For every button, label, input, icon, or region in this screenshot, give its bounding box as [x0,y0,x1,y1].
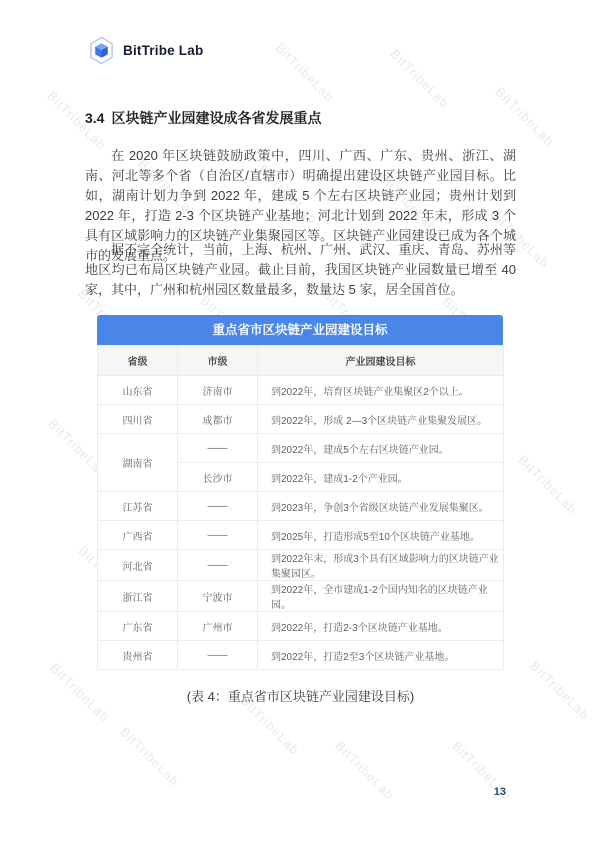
table-header-row: 省级 市级 产业园建设目标 [98,346,504,376]
cell-city: —— [178,641,258,670]
cell-city: 成都市 [178,405,258,434]
cell-province: 广东省 [98,612,178,641]
cell-city: 广州市 [178,612,258,641]
cell-goal: 到2023年，争创3个省级区块链产业发展集聚区。 [258,492,504,521]
column-header-province: 省级 [98,346,178,376]
table-row: 广西省 —— 到2025年，打造形成5至10个区块链产业基地。 [98,521,504,550]
table-row: 广东省 广州市 到2022年，打造2-3个区块链产业基地。 [98,612,504,641]
watermark-text: BitTribeLab [332,738,397,803]
document-page: BitTribeLab BitTribeLab BitTribeLab BitT… [0,0,600,848]
cell-province: 贵州省 [98,641,178,670]
cell-city: —— [178,550,258,581]
paragraph-park-statistics: 据不完全统计，当前，上海、杭州、广州、武汉、重庆、青岛、苏州等地区均已布局区块链… [85,240,516,300]
table-row: 浙江省 宁波市 到2022年，全市建成1-2个国内知名的区块链产业园。 [98,581,504,612]
cell-city: 长沙市 [178,463,258,492]
cell-city: —— [178,521,258,550]
column-header-goal: 产业园建设目标 [258,346,504,376]
cell-goal: 到2025年，打造形成5至10个区块链产业基地。 [258,521,504,550]
column-header-city: 市级 [178,346,258,376]
brand-logo: BitTribe Lab [88,36,203,65]
cube-hexagon-icon [88,36,115,65]
cell-goal: 到2022年，打造2至3个区块链产业基地。 [258,641,504,670]
watermark-text: BitTribeLab [117,724,182,789]
table-row: 山东省 济南市 到2022年，培育区块链产业集聚区2个以上。 [98,376,504,405]
table-row: 贵州省 —— 到2022年，打造2至3个区块链产业基地。 [98,641,504,670]
cell-goal: 到2022年，建成5个左右区块链产业园。 [258,434,504,463]
table-title: 重点省市区块链产业园建设目标 [97,315,503,345]
table-grid: 省级 市级 产业园建设目标 山东省 济南市 到2022年，培育区块链产业集聚区2… [97,345,504,670]
cell-goal: 到2022年，培育区块链产业集聚区2个以上。 [258,376,504,405]
page-number: 13 [494,786,506,798]
watermark-text: BitTribeLab [387,46,452,111]
cell-goal: 到2022年，打造2-3个区块链产业基地。 [258,612,504,641]
cell-city: —— [178,492,258,521]
cell-goal: 到2022年，形成 2—3个区块链产业集聚发展区。 [258,405,504,434]
cell-province: 湖南省 [98,434,178,492]
watermark-text: BitTribeLab [272,40,337,105]
brand-name: BitTribe Lab [123,43,203,58]
table-row: 江苏省 —— 到2023年，争创3个省级区块链产业发展集聚区。 [98,492,504,521]
cell-province: 江苏省 [98,492,178,521]
cell-city: —— [178,434,258,463]
cell-goal: 到2022年末，形成3个具有区域影响力的区块链产业集聚园区。 [258,550,504,581]
cell-province: 四川省 [98,405,178,434]
section-heading: 3.4区块链产业园建设成各省发展重点 [85,108,321,128]
watermark-text: BitTribeLab [527,658,592,723]
cell-province: 广西省 [98,521,178,550]
blockchain-park-table: 重点省市区块链产业园建设目标 省级 市级 产业园建设目标 山东省 济南市 到20… [97,315,503,670]
table-caption: (表 4：重点省市区块链产业园建设目标) [85,686,516,705]
table-row: 河北省 —— 到2022年末，形成3个具有区域影响力的区块链产业集聚园区。 [98,550,504,581]
section-number: 3.4 [85,110,104,126]
cell-goal: 到2022年，全市建成1-2个国内知名的区块链产业园。 [258,581,504,612]
watermark-text: BitTribeLab [515,452,580,517]
cell-city: 济南市 [178,376,258,405]
cell-city: 宁波市 [178,581,258,612]
table-row: 湖南省 —— 到2022年，建成5个左右区块链产业园。 [98,434,504,463]
cell-province: 河北省 [98,550,178,581]
table-row: 四川省 成都市 到2022年，形成 2—3个区块链产业集聚发展区。 [98,405,504,434]
cell-goal: 到2022年，建成1-2个产业园。 [258,463,504,492]
section-title: 区块链产业园建设成各省发展重点 [111,110,321,126]
cell-province: 浙江省 [98,581,178,612]
watermark-text: BitTribeLab [492,84,557,149]
cell-province: 山东省 [98,376,178,405]
